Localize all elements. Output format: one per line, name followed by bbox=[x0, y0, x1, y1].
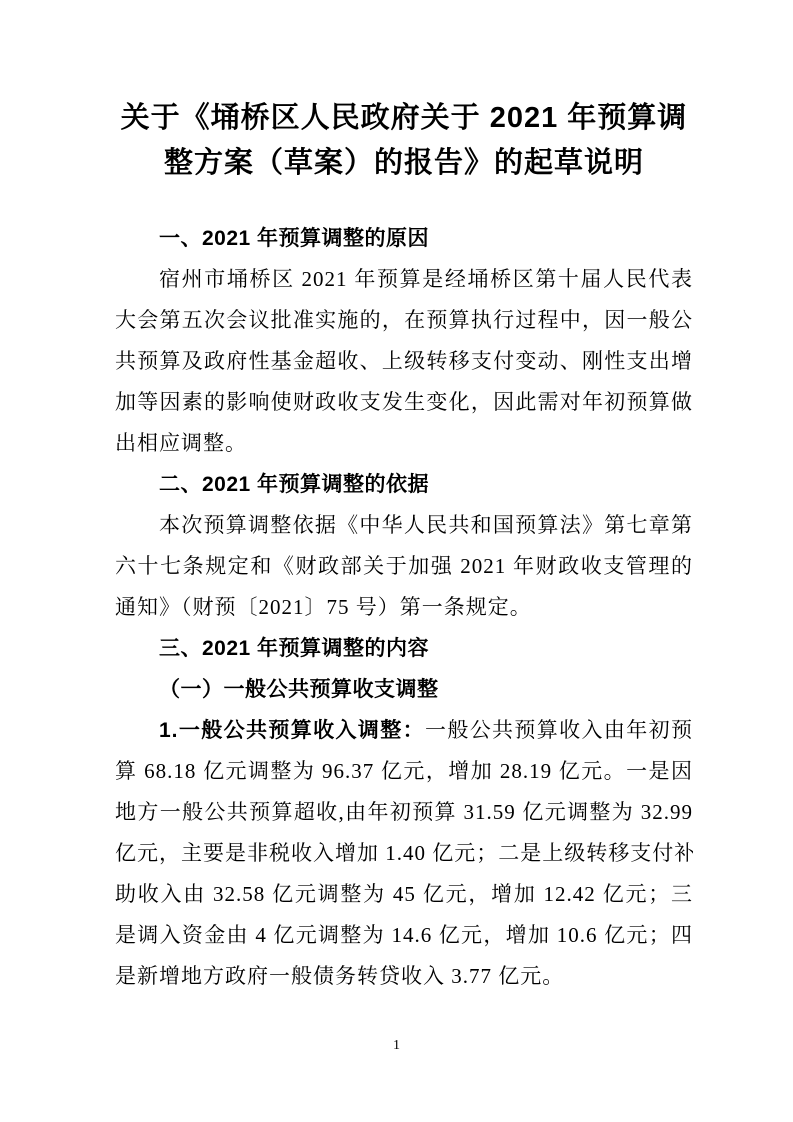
paragraph-line: 助收入由 32.58 亿元调整为 45 亿元，增加 12.42 亿元；三 bbox=[115, 874, 693, 915]
text-run: 助收入由 32.58 亿元调整为 45 亿元，增加 12.42 亿元；三 bbox=[115, 882, 693, 906]
document-content: 关于《埇桥区人民政府关于 2021 年预算调 整方案（草案）的报告》的起草说明 … bbox=[0, 0, 793, 997]
text-run: 加等因素的影响使财政收支发生变化，因此需对年初预算做 bbox=[115, 390, 693, 414]
section-heading: （一）一般公共预算收支调整 bbox=[115, 669, 693, 710]
paragraph-line: 1.一般公共预算收入调整：一般公共预算收入由年初预 bbox=[115, 710, 693, 751]
text-run: 是调入资金由 4 亿元调整为 14.6 亿元，增加 10.6 亿元；四 bbox=[115, 923, 693, 947]
text-run: 六十七条规定和《财政部关于加强 2021 年财政收支管理的 bbox=[115, 554, 693, 578]
paragraph-line: 是新增地方政府一般债务转贷收入 3.77 亿元。 bbox=[115, 956, 693, 997]
paragraph-line: 加等因素的影响使财政收支发生变化，因此需对年初预算做 bbox=[115, 382, 693, 423]
section-heading: 一、2021 年预算调整的原因 bbox=[115, 218, 693, 259]
text-run: 出相应调整。 bbox=[115, 431, 247, 455]
text-run: 共预算及政府性基金超收、上级转移支付变动、刚性支出增 bbox=[115, 349, 693, 373]
paragraph-line: 出相应调整。 bbox=[115, 423, 693, 464]
paragraph-line: 本次预算调整依据《中华人民共和国预算法》第七章第 bbox=[115, 505, 693, 546]
document-page: 关于《埇桥区人民政府关于 2021 年预算调 整方案（草案）的报告》的起草说明 … bbox=[0, 0, 793, 1122]
paragraph-line: 宿州市埇桥区 2021 年预算是经埇桥区第十届人民代表 bbox=[115, 259, 693, 300]
text-run: 地方一般公共预算超收,由年初预算 31.59 亿元调整为 32.99 bbox=[115, 800, 693, 824]
text-run: 通知》（财预〔2021〕75 号）第一条规定。 bbox=[115, 595, 532, 619]
document-title: 关于《埇桥区人民政府关于 2021 年预算调 整方案（草案）的报告》的起草说明 bbox=[115, 96, 693, 186]
text-run: 大会第五次会议批准实施的，在预算执行过程中，因一般公 bbox=[115, 308, 693, 332]
paragraph-line: 通知》（财预〔2021〕75 号）第一条规定。 bbox=[115, 587, 693, 628]
section-heading: 二、2021 年预算调整的依据 bbox=[115, 464, 693, 505]
text-run: 算 68.18 亿元调整为 96.37 亿元，增加 28.19 亿元。一是因 bbox=[115, 759, 693, 783]
page-number: 1 bbox=[0, 1036, 793, 1056]
paragraph: 宿州市埇桥区 2021 年预算是经埇桥区第十届人民代表大会第五次会议批准实施的，… bbox=[115, 259, 693, 464]
paragraph: 1.一般公共预算收入调整：一般公共预算收入由年初预算 68.18 亿元调整为 9… bbox=[115, 710, 693, 997]
text-run: 亿元，主要是非税收入增加 1.40 亿元；二是上级转移支付补 bbox=[115, 841, 693, 865]
paragraph-line: 共预算及政府性基金超收、上级转移支付变动、刚性支出增 bbox=[115, 341, 693, 382]
bold-run: 1.一般公共预算收入调整： bbox=[159, 719, 425, 742]
paragraph-line: 六十七条规定和《财政部关于加强 2021 年财政收支管理的 bbox=[115, 546, 693, 587]
paragraph: 本次预算调整依据《中华人民共和国预算法》第七章第六十七条规定和《财政部关于加强 … bbox=[115, 505, 693, 628]
text-run: 本次预算调整依据《中华人民共和国预算法》第七章第 bbox=[159, 513, 693, 537]
title-line-2: 整方案（草案）的报告》的起草说明 bbox=[115, 141, 693, 186]
text-run: 宿州市埇桥区 2021 年预算是经埇桥区第十届人民代表 bbox=[159, 267, 693, 291]
section-heading: 三、2021 年预算调整的内容 bbox=[115, 628, 693, 669]
text-run: 一般公共预算收入由年初预 bbox=[425, 718, 693, 742]
paragraph-line: 算 68.18 亿元调整为 96.37 亿元，增加 28.19 亿元。一是因 bbox=[115, 751, 693, 792]
title-line-1: 关于《埇桥区人民政府关于 2021 年预算调 bbox=[115, 96, 693, 141]
document-body: 一、2021 年预算调整的原因宿州市埇桥区 2021 年预算是经埇桥区第十届人民… bbox=[115, 218, 693, 997]
paragraph-line: 亿元，主要是非税收入增加 1.40 亿元；二是上级转移支付补 bbox=[115, 833, 693, 874]
paragraph-line: 大会第五次会议批准实施的，在预算执行过程中，因一般公 bbox=[115, 300, 693, 341]
paragraph-line: 是调入资金由 4 亿元调整为 14.6 亿元，增加 10.6 亿元；四 bbox=[115, 915, 693, 956]
text-run: 是新增地方政府一般债务转贷收入 3.77 亿元。 bbox=[115, 964, 564, 988]
paragraph-line: 地方一般公共预算超收,由年初预算 31.59 亿元调整为 32.99 bbox=[115, 792, 693, 833]
